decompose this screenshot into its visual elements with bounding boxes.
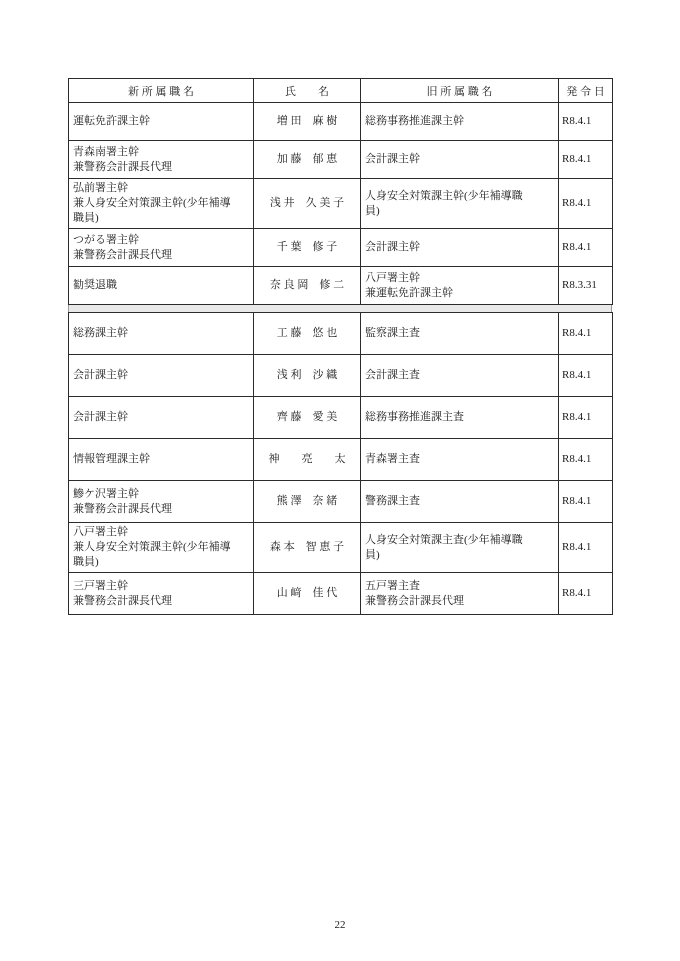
cell-date: R8.4.1 [559, 179, 613, 229]
cell-date: R8.3.31 [559, 267, 613, 305]
cell-new-position: つがる署主幹 兼警務会計課長代理 [69, 229, 254, 267]
cell-new-position: 青森南署主幹 兼警務会計課長代理 [69, 141, 254, 179]
personnel-transfer-tables: 新 所 属 職 名 氏 名 旧 所 属 職 名 発 令 日 運転免許課主幹増 田… [68, 78, 612, 615]
cell-name: 浅 利 沙 織 [254, 355, 361, 397]
header-new-position: 新 所 属 職 名 [69, 79, 254, 103]
cell-date: R8.4.1 [559, 313, 613, 355]
cell-old-position: 八戸署主幹 兼運転免許課主幹 [361, 267, 559, 305]
cell-new-position: 情報管理課主幹 [69, 439, 254, 481]
table-row: 青森南署主幹 兼警務会計課長代理加 藤 郁 恵会計課主幹R8.4.1 [69, 141, 613, 179]
cell-new-position: 勧奨退職 [69, 267, 254, 305]
table-row: 鰺ケ沢署主幹 兼警務会計課長代理熊 澤 奈 緒警務課主査R8.4.1 [69, 481, 613, 523]
page-number: 22 [0, 919, 680, 931]
cell-date: R8.4.1 [559, 141, 613, 179]
cell-old-position: 人身安全対策課主幹(少年補導職 員) [361, 179, 559, 229]
header-date: 発 令 日 [559, 79, 613, 103]
table-row: 運転免許課主幹増 田 麻 樹総務事務推進課主幹R8.4.1 [69, 103, 613, 141]
table-header: 新 所 属 職 名 氏 名 旧 所 属 職 名 発 令 日 [69, 79, 613, 103]
header-row: 新 所 属 職 名 氏 名 旧 所 属 職 名 発 令 日 [69, 79, 613, 103]
cell-name: 齊 藤 愛 美 [254, 397, 361, 439]
cell-name: 山 﨑 佳 代 [254, 573, 361, 615]
header-old-position: 旧 所 属 職 名 [361, 79, 559, 103]
cell-new-position: 総務課主幹 [69, 313, 254, 355]
personnel-table-section-2: 総務課主幹工 藤 悠 也監察課主査R8.4.1会計課主幹浅 利 沙 織会計課主査… [68, 312, 613, 615]
cell-name: 浅 井 久 美 子 [254, 179, 361, 229]
cell-old-position: 青森署主査 [361, 439, 559, 481]
cell-date: R8.4.1 [559, 481, 613, 523]
personnel-table-section-1: 新 所 属 職 名 氏 名 旧 所 属 職 名 発 令 日 運転免許課主幹増 田… [68, 78, 613, 305]
cell-name: 熊 澤 奈 緒 [254, 481, 361, 523]
table-row: 総務課主幹工 藤 悠 也監察課主査R8.4.1 [69, 313, 613, 355]
cell-old-position: 総務事務推進課主幹 [361, 103, 559, 141]
cell-date: R8.4.1 [559, 103, 613, 141]
cell-old-position: 会計課主幹 [361, 141, 559, 179]
cell-name: 奈 良 岡 修 二 [254, 267, 361, 305]
cell-new-position: 弘前署主幹 兼人身安全対策課主幹(少年補導 職員) [69, 179, 254, 229]
cell-name: 森 本 智 恵 子 [254, 523, 361, 573]
table-row: 情報管理課主幹神 亮 太青森署主査R8.4.1 [69, 439, 613, 481]
cell-date: R8.4.1 [559, 355, 613, 397]
cell-old-position: 人身安全対策課主査(少年補導職 員) [361, 523, 559, 573]
cell-date: R8.4.1 [559, 397, 613, 439]
cell-new-position: 運転免許課主幹 [69, 103, 254, 141]
cell-new-position: 会計課主幹 [69, 397, 254, 439]
cell-name: 増 田 麻 樹 [254, 103, 361, 141]
table-row: 弘前署主幹 兼人身安全対策課主幹(少年補導 職員)浅 井 久 美 子人身安全対策… [69, 179, 613, 229]
cell-name: 神 亮 太 [254, 439, 361, 481]
cell-new-position: 鰺ケ沢署主幹 兼警務会計課長代理 [69, 481, 254, 523]
cell-date: R8.4.1 [559, 439, 613, 481]
table-body-section-1: 運転免許課主幹増 田 麻 樹総務事務推進課主幹R8.4.1青森南署主幹 兼警務会… [69, 103, 613, 305]
cell-date: R8.4.1 [559, 523, 613, 573]
cell-name: 加 藤 郁 恵 [254, 141, 361, 179]
cell-name: 千 葉 修 子 [254, 229, 361, 267]
table-row: つがる署主幹 兼警務会計課長代理千 葉 修 子会計課主幹R8.4.1 [69, 229, 613, 267]
header-name: 氏 名 [254, 79, 361, 103]
table-row: 会計課主幹齊 藤 愛 美総務事務推進課主査R8.4.1 [69, 397, 613, 439]
cell-old-position: 五戸署主査 兼警務会計課長代理 [361, 573, 559, 615]
cell-new-position: 三戸署主幹 兼警務会計課長代理 [69, 573, 254, 615]
cell-old-position: 総務事務推進課主査 [361, 397, 559, 439]
table-row: 三戸署主幹 兼警務会計課長代理山 﨑 佳 代五戸署主査 兼警務会計課長代理R8.… [69, 573, 613, 615]
cell-date: R8.4.1 [559, 573, 613, 615]
table-row: 八戸署主幹 兼人身安全対策課主幹(少年補導 職員)森 本 智 恵 子人身安全対策… [69, 523, 613, 573]
cell-old-position: 会計課主査 [361, 355, 559, 397]
cell-old-position: 会計課主幹 [361, 229, 559, 267]
cell-name: 工 藤 悠 也 [254, 313, 361, 355]
cell-new-position: 会計課主幹 [69, 355, 254, 397]
table-row: 勧奨退職奈 良 岡 修 二八戸署主幹 兼運転免許課主幹R8.3.31 [69, 267, 613, 305]
table-body-section-2: 総務課主幹工 藤 悠 也監察課主査R8.4.1会計課主幹浅 利 沙 織会計課主査… [69, 313, 613, 615]
table-separator [68, 305, 612, 312]
cell-old-position: 警務課主査 [361, 481, 559, 523]
table-row: 会計課主幹浅 利 沙 織会計課主査R8.4.1 [69, 355, 613, 397]
cell-date: R8.4.1 [559, 229, 613, 267]
cell-new-position: 八戸署主幹 兼人身安全対策課主幹(少年補導 職員) [69, 523, 254, 573]
cell-old-position: 監察課主査 [361, 313, 559, 355]
